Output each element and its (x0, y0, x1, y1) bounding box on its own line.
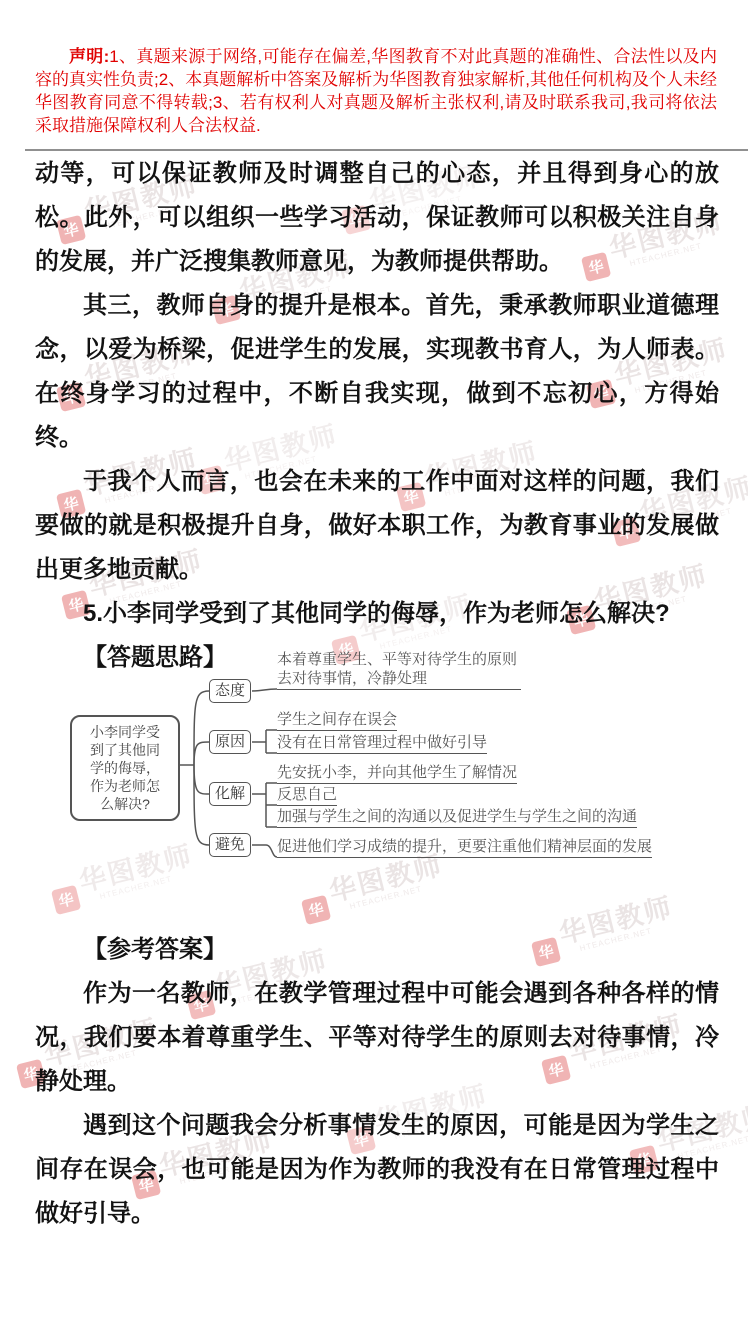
mindmap-leaf: 促进他们学习成绩的提升，更要注重他们精神层面的发展 (277, 837, 652, 858)
main-text-section: 动等，可以保证教师及时调整自己的心态，并且得到身心的放松。此外，可以组织一些学习… (35, 152, 719, 680)
answer-section: 【参考答案】 作为一名教师，在教学管理过程中可能会遇到各种各样的情况，我们要本着… (35, 928, 719, 1236)
answer-paragraph: 遇到这个问题我会分析事情发生的原因，可能是因为学生之间存在误会，也可能是因为作为… (35, 1104, 719, 1236)
mindmap-leaf: 本着尊重学生、平等对待学生的原则去对待事情，冷静处理 (277, 650, 521, 690)
mindmap-leaf: 反思自己 (277, 785, 337, 806)
mindmap-leaf: 没有在日常管理过程中做好引导 (277, 733, 487, 754)
mindmap-root-node: 小李同学受到了其他同学的侮辱，作为老师怎么解决? (70, 715, 180, 821)
disclaimer: 声明:1、真题来源于网络,可能存在偏差,华图教育不对此真题的准确性、合法性以及内… (35, 45, 717, 137)
answer-mindmap: 小李同学受到了其他同学的侮辱，作为老师怎么解决? 态度 原因 化解 避免 本着尊… (60, 645, 748, 885)
branch-node-resolve: 化解 (209, 782, 251, 806)
question-heading: 5.小李同学受到了其他同学的侮辱，作为老师怎么解决? (35, 592, 719, 636)
section-heading-answer: 【参考答案】 (35, 928, 719, 972)
answer-paragraph: 作为一名教师，在教学管理过程中可能会遇到各种各样的情况，我们要本着尊重学生、平等… (35, 972, 719, 1104)
section-divider (25, 149, 748, 151)
branch-node-avoid: 避免 (209, 833, 251, 857)
branch-node-attitude: 态度 (209, 679, 251, 703)
branch-node-reason: 原因 (209, 730, 251, 754)
document-page: 华华图教师HTEACHER.NET 华华图教师HTEACHER.NET 华华图教… (0, 0, 748, 1335)
paragraph: 其三，教师自身的提升是根本。首先，秉承教师职业道德理念，以爱为桥梁，促进学生的发… (35, 284, 719, 460)
disclaimer-label: 声明: (69, 47, 109, 66)
mindmap-leaf: 先安抚小李，并向其他学生了解情况 (277, 763, 517, 784)
paragraph: 动等，可以保证教师及时调整自己的心态，并且得到身心的放松。此外，可以组织一些学习… (35, 152, 719, 284)
content-layer: 声明:1、真题来源于网络,可能存在偏差,华图教育不对此真题的准确性、合法性以及内… (0, 0, 748, 1335)
mindmap-leaf: 加强与学生之间的沟通以及促进学生与学生之间的沟通 (277, 807, 637, 828)
paragraph: 于我个人而言，也会在未来的工作中面对这样的问题，我们要做的就是积极提升自身，做好… (35, 460, 719, 592)
disclaimer-text: 1、真题来源于网络,可能存在偏差,华图教育不对此真题的准确性、合法性以及内容的真… (35, 47, 717, 135)
mindmap-leaf: 学生之间存在误会 (277, 710, 397, 731)
